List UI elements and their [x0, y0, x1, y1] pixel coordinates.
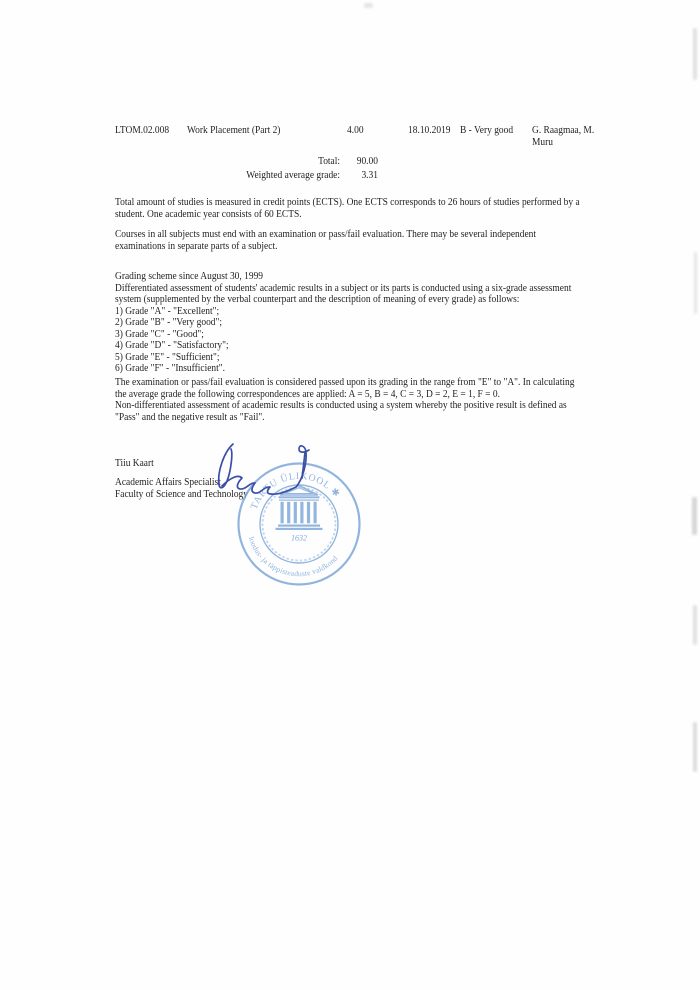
paragraph-ects: Total amount of studies is measured in c…	[115, 197, 580, 220]
paragraph-passfail: The examination or pass/fail evaluation …	[115, 377, 574, 423]
text-line: Differentiated assessment of students' a…	[115, 283, 571, 295]
text-line: system (supplemented by the verbal count…	[115, 294, 571, 306]
course-date: 18.10.2019	[408, 125, 458, 137]
text-line: Non-differentiated assessment of academi…	[115, 400, 574, 412]
text-line: Courses in all subjects must end with an…	[115, 229, 536, 241]
course-code: LTOM.02.008	[115, 125, 178, 137]
handwritten-signature	[205, 438, 320, 500]
text-line: The examination or pass/fail evaluation …	[115, 377, 574, 389]
text-line: 2) Grade "B" - "Very good";	[115, 317, 571, 329]
text-line: 4) Grade "D" - "Satisfactory";	[115, 340, 571, 352]
total-value: 90.00	[326, 156, 378, 168]
text-line: student. One academic year consists of 6…	[115, 209, 580, 221]
grading-section: Grading scheme since August 30, 1999 Dif…	[115, 271, 571, 375]
course-grade: B - Very good	[460, 125, 523, 137]
course-lecturers: G. Raagmaa, M. Muru	[532, 125, 606, 148]
paragraph-courses: Courses in all subjects must end with an…	[115, 229, 536, 252]
signatory-name: Tiiu Kaart	[115, 458, 154, 470]
weighted-average-label: Weighted average grade:	[138, 170, 341, 182]
document-page: LTOM.02.008 Work Placement (Part 2) 4.00…	[0, 0, 700, 990]
course-credits: 4.00	[347, 125, 383, 137]
text-line: "Pass" and the negative result as "Fail"…	[115, 412, 574, 424]
grading-heading: Grading scheme since August 30, 1999	[115, 271, 571, 283]
scan-artifact	[692, 497, 697, 535]
seal-year: 1632	[291, 534, 307, 543]
scan-artifact	[694, 252, 697, 314]
grading-items: 1) Grade "A" - "Excellent";2) Grade "B" …	[115, 306, 571, 375]
text-line: 5) Grade "E" - "Sufficient";	[115, 352, 571, 364]
scan-artifact	[364, 3, 373, 8]
text-line: the average grade the following correspo…	[115, 389, 574, 401]
text-line: Total amount of studies is measured in c…	[115, 197, 580, 209]
text-line: examinations in separate parts of a subj…	[115, 241, 536, 253]
scan-artifact	[693, 722, 697, 772]
text-line: 6) Grade "F" - "Insufficient".	[115, 363, 571, 375]
text-line: 3) Grade "C" - "Good";	[115, 329, 571, 341]
scan-artifact	[693, 28, 697, 80]
total-label: Total:	[138, 156, 341, 168]
weighted-average-value: 3.31	[326, 170, 378, 182]
text-line: 1) Grade "A" - "Excellent";	[115, 306, 571, 318]
scan-artifact	[693, 605, 697, 645]
grading-intro: Differentiated assessment of students' a…	[115, 283, 571, 306]
course-title: Work Placement (Part 2)	[187, 125, 340, 137]
